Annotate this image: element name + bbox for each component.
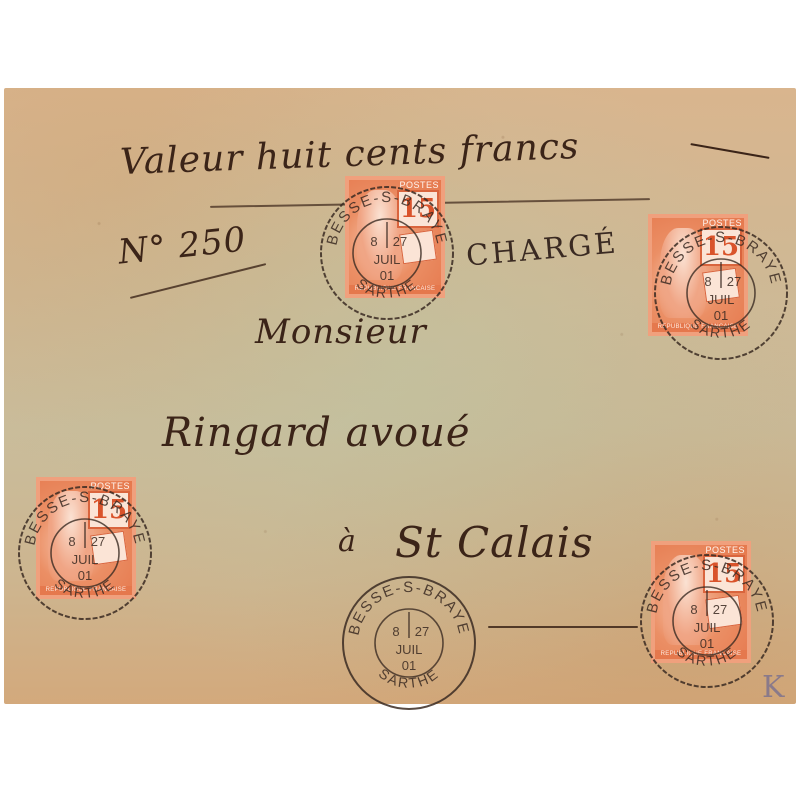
city-handwriting: St Calais — [395, 518, 594, 567]
svg-text:01: 01 — [714, 308, 728, 323]
svg-text:01: 01 — [380, 268, 394, 283]
svg-text:8: 8 — [370, 234, 377, 249]
postmark-clear-strike: BESSE-S-BRAYE SARTHE 8 27 JUIL 01 — [334, 568, 484, 718]
svg-text:01: 01 — [700, 636, 714, 651]
svg-text:JUIL: JUIL — [72, 552, 99, 567]
svg-text:27: 27 — [91, 534, 105, 549]
fold-crease — [31, 708, 38, 788]
svg-text:27: 27 — [415, 624, 429, 639]
postmark-cancel: BESSE-S-BRAYE SARTHE 8 27 JUIL 01 — [646, 218, 796, 368]
svg-text:JUIL: JUIL — [396, 642, 423, 657]
svg-text:JUIL: JUIL — [708, 292, 735, 307]
svg-text:8: 8 — [704, 274, 711, 289]
svg-text:27: 27 — [713, 602, 727, 617]
svg-text:JUIL: JUIL — [374, 252, 401, 267]
city-underline — [488, 626, 638, 628]
svg-text:01: 01 — [402, 658, 416, 673]
postmark-cancel: BESSE-S-BRAYE SARTHE 8 27 JUIL 01 — [10, 478, 160, 628]
postmark-cancel: BESSE-S-BRAYE SARTHE 8 27 JUIL 01 — [312, 178, 462, 328]
svg-text:JUIL: JUIL — [694, 620, 721, 635]
svg-text:8: 8 — [68, 534, 75, 549]
svg-text:01: 01 — [78, 568, 92, 583]
city-prefix-handwriting: à — [338, 524, 357, 559]
svg-text:8: 8 — [690, 602, 697, 617]
postmark-cancel: BESSE-S-BRAYE SARTHE 8 27 JUIL 01 — [632, 546, 782, 696]
svg-text:27: 27 — [727, 274, 741, 289]
svg-text:8: 8 — [392, 624, 399, 639]
addressee-handwriting: Ringard avoué — [162, 410, 471, 456]
svg-text:27: 27 — [393, 234, 407, 249]
